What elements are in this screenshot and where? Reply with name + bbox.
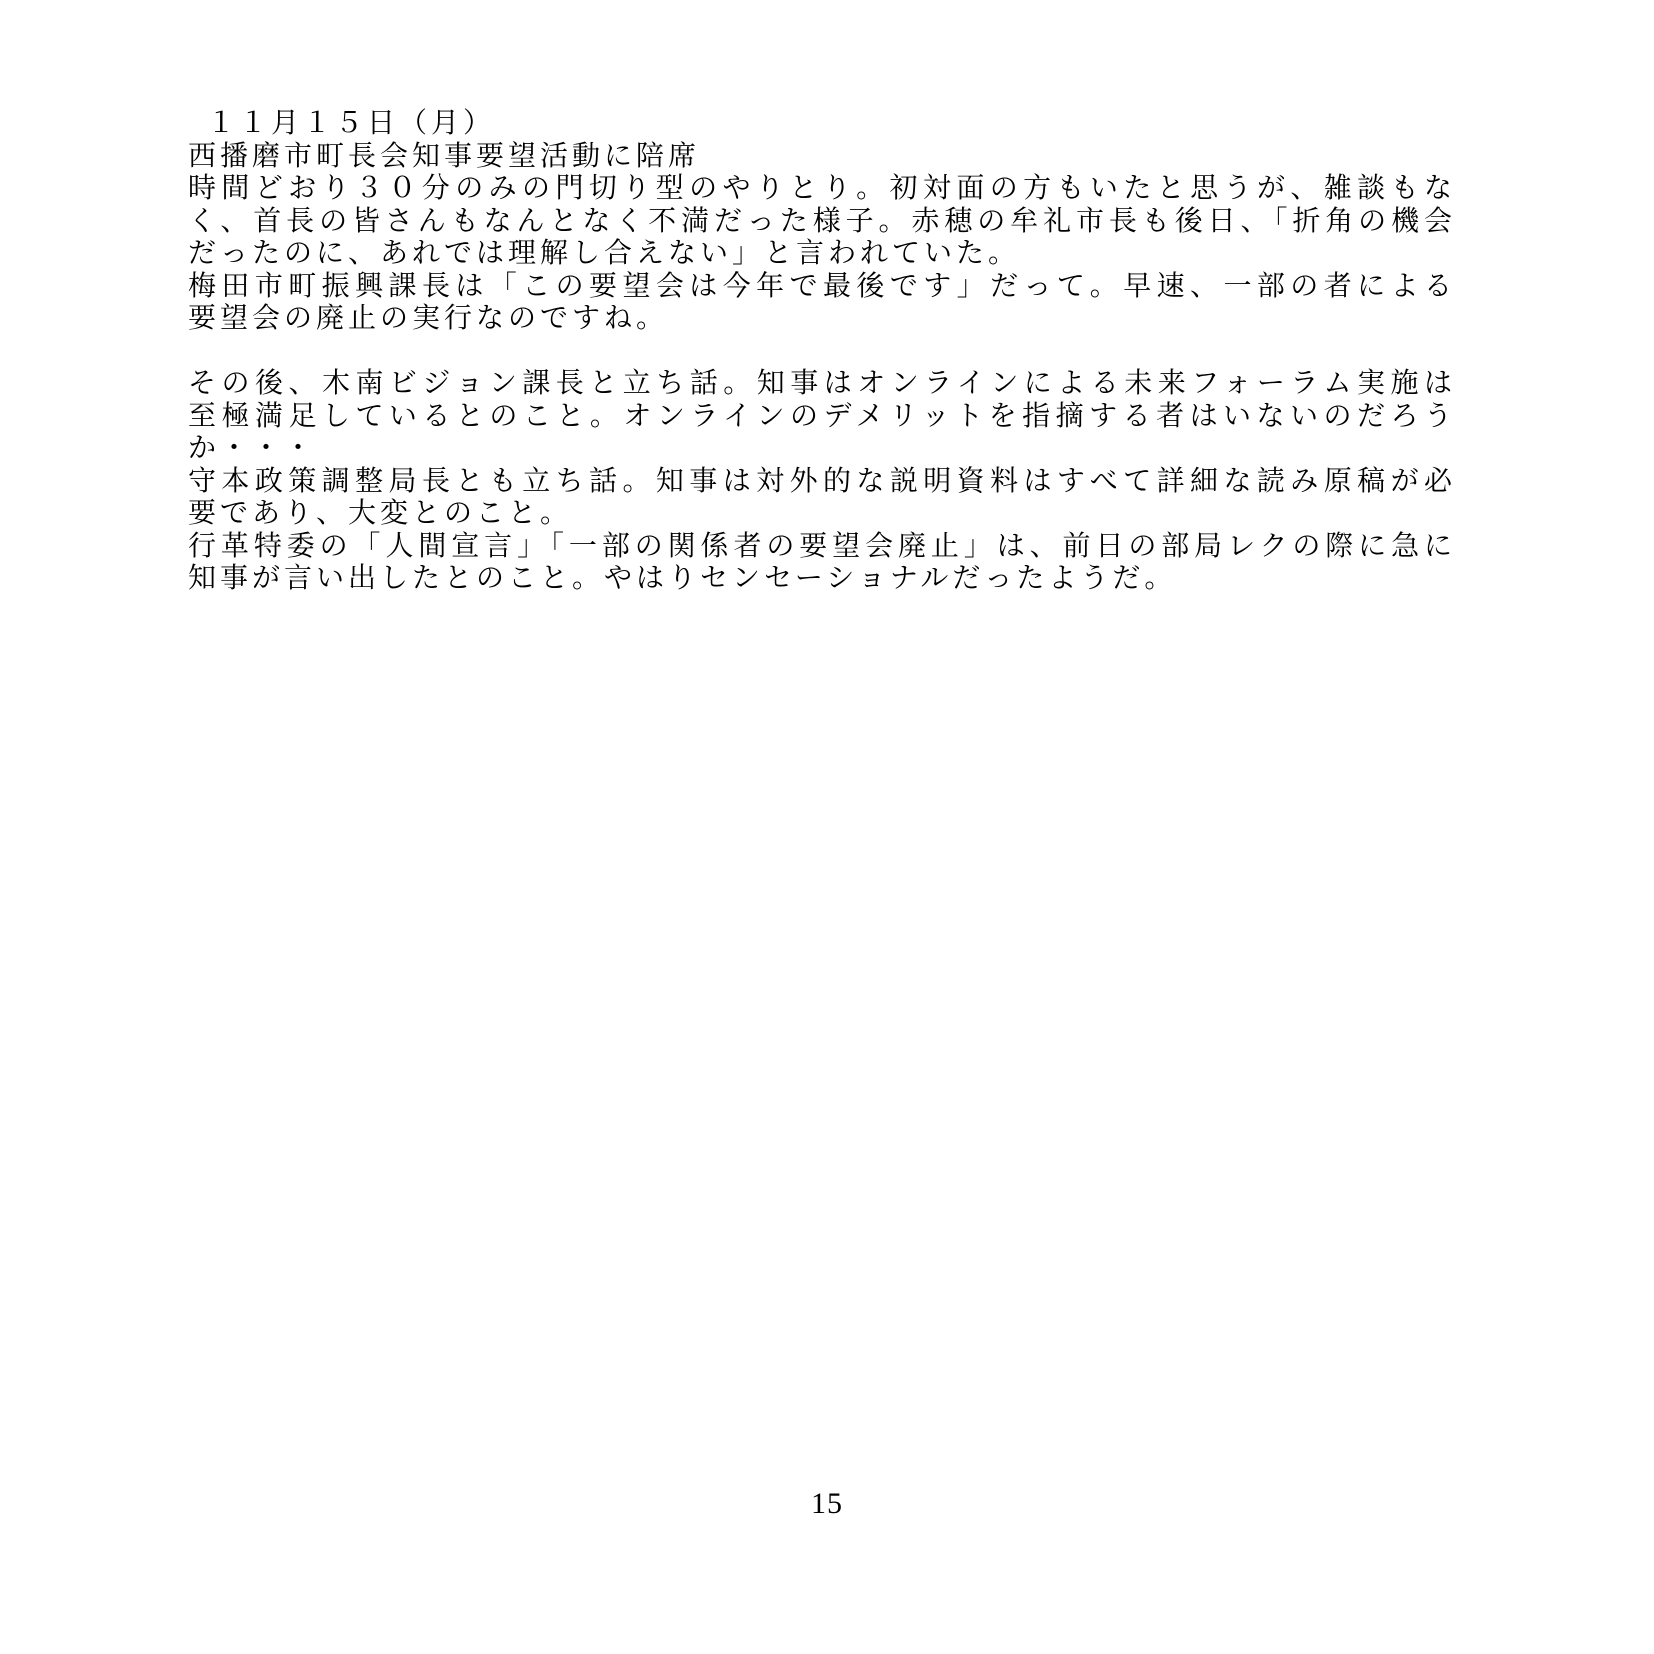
text-line: 行革特委の「人間宣言」「一部の関係者の要望会廃止」は、前日の部局レクの際に急に <box>188 531 1456 564</box>
text-line: 守本政策調整局長とも立ち話。知事は対外的な説明資料はすべて詳細な読み原稿が必 <box>188 466 1456 499</box>
text-line: その後、木南ビジョン課長と立ち話。知事はオンラインによる未来フォーラム実施は <box>188 368 1456 401</box>
text-line <box>188 336 1456 369</box>
text-line: だったのに、あれでは理解し合えない」と言われていた。 <box>188 238 1456 271</box>
text-line: か・・・ <box>188 433 1456 466</box>
text-line: １１月１５日（月） <box>188 108 1456 141</box>
page-number: 15 <box>0 1487 1654 1521</box>
text-line: 要であり、大変とのこと。 <box>188 498 1456 531</box>
text-line: 西播磨市町長会知事要望活動に陪席 <box>188 141 1456 174</box>
text-line: 要望会の廃止の実行なのですね。 <box>188 303 1456 336</box>
text-line: く、首長の皆さんもなんとなく不満だった様子。赤穂の牟礼市長も後日、「折角の機会 <box>188 206 1456 239</box>
text-line: 梅田市町振興課長は「この要望会は今年で最後です」だって。早速、一部の者による <box>188 271 1456 304</box>
text-line: 知事が言い出したとのこと。やはりセンセーショナルだったようだ。 <box>188 563 1456 596</box>
text-line: 至極満足しているとのこと。オンラインのデメリットを指摘する者はいないのだろう <box>188 401 1456 434</box>
text-line: 時間どおり３０分のみの門切り型のやりとり。初対面の方もいたと思うが、雑談もな <box>188 173 1456 206</box>
diary-text-block: １１月１５日（月）西播磨市町長会知事要望活動に陪席時間どおり３０分のみの門切り型… <box>188 108 1456 596</box>
document-page: １１月１５日（月）西播磨市町長会知事要望活動に陪席時間どおり３０分のみの門切り型… <box>0 0 1654 1654</box>
